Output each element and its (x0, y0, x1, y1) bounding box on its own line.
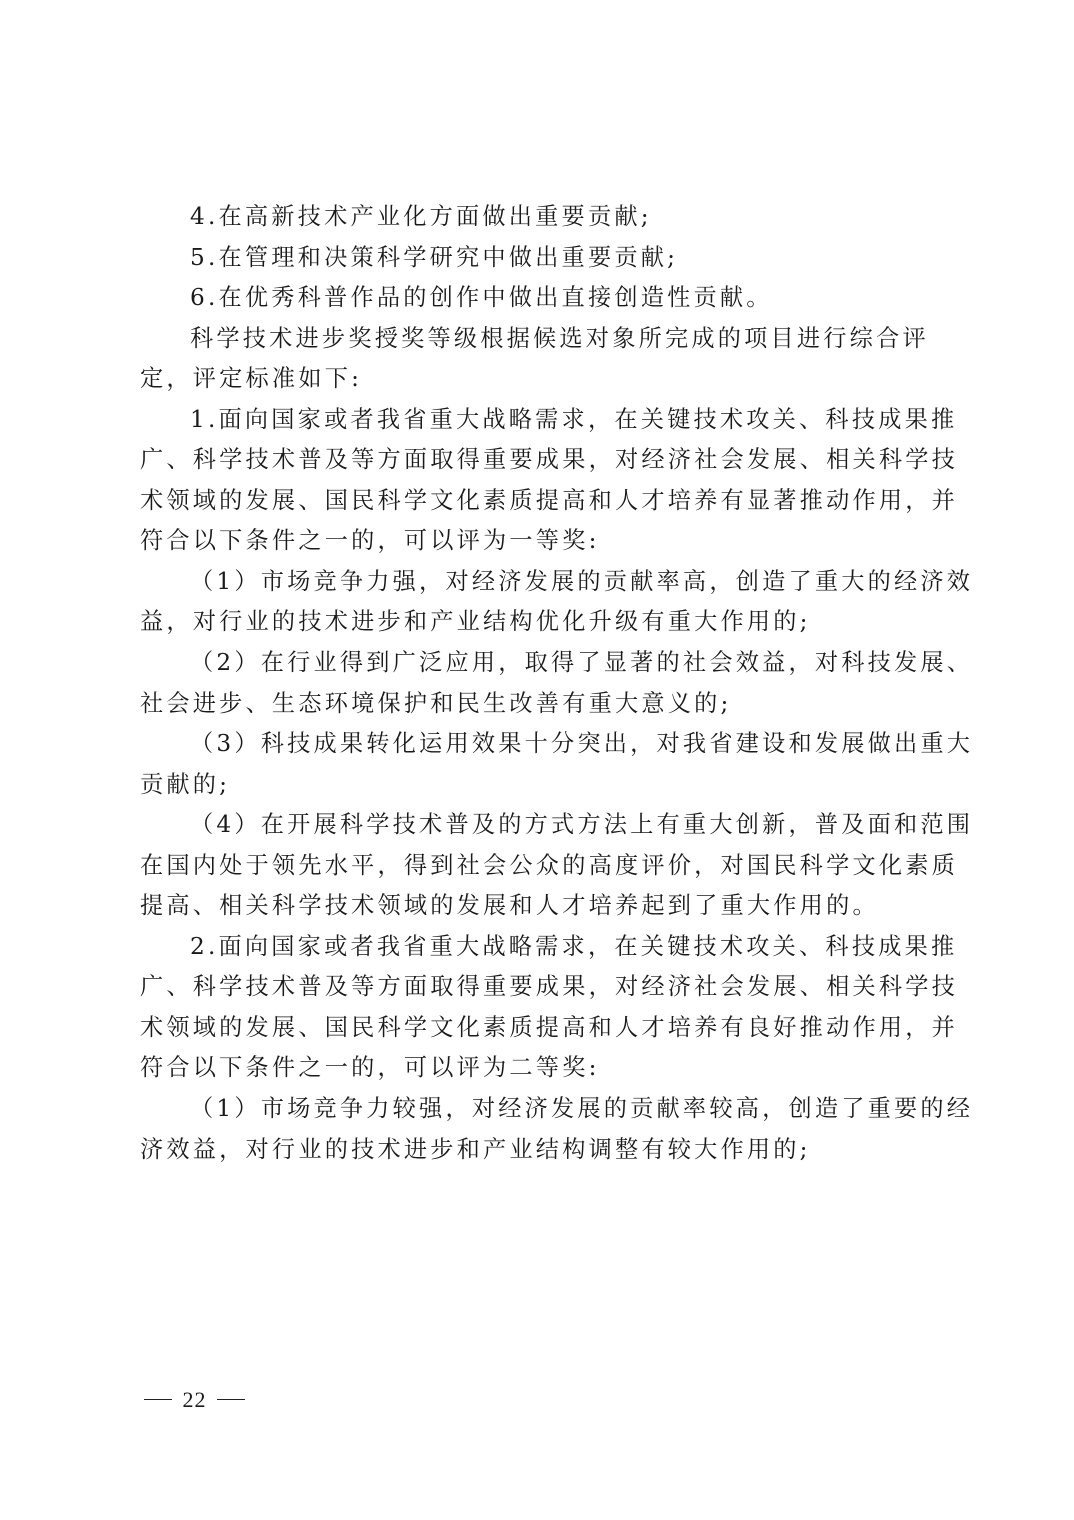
left-dash (144, 1399, 172, 1400)
text-line: 益，对行业的技术进步和产业结构优化升级有重大作用的; (140, 602, 926, 643)
text-line: 4.在高新技术产业化方面做出重要贡献; (140, 197, 926, 238)
paragraph-first-prize-cond-2: （2）在行业得到广泛应用，取得了显著的社会效益，对科技发展、社会进步、生态环境保… (140, 643, 926, 724)
text-line: （1）市场竞争力强，对经济发展的贡献率高，创造了重大的经济效 (140, 562, 926, 603)
text-line: 社会进步、生态环境保护和民生改善有重大意义的; (140, 684, 926, 725)
text-line: （3）科技成果转化运用效果十分突出，对我省建设和发展做出重大 (140, 724, 926, 765)
paragraph-item-4: 4.在高新技术产业化方面做出重要贡献; (140, 197, 926, 238)
paragraph-first-prize-cond-1: （1）市场竞争力强，对经济发展的贡献率高，创造了重大的经济效益，对行业的技术进步… (140, 562, 926, 643)
right-dash (217, 1399, 245, 1400)
paragraph-item-5: 5.在管理和决策科学研究中做出重要贡献; (140, 238, 926, 279)
page-number: 22 (183, 1387, 207, 1412)
paragraph-first-prize: 1.面向国家或者我省重大战略需求，在关键技术攻关、科技成果推广、科学技术普及等方… (140, 400, 926, 562)
text-line: 济效益，对行业的技术进步和产业结构调整有较大作用的; (140, 1130, 926, 1171)
text-line: 定，评定标准如下: (140, 359, 926, 400)
text-line: 符合以下条件之一的，可以评为二等奖: (140, 1048, 926, 1089)
text-line: 广、科学技术普及等方面取得重要成果，对经济社会发展、相关科学技 (140, 440, 926, 481)
paragraph-grading-intro: 科学技术进步奖授奖等级根据候选对象所完成的项目进行综合评定，评定标准如下: (140, 319, 926, 400)
paragraph-second-prize-cond-1: （1）市场竞争力较强，对经济发展的贡献率较高，创造了重要的经济效益，对行业的技术… (140, 1089, 926, 1170)
text-line: 术领域的发展、国民科学文化素质提高和人才培养有显著推动作用，并 (140, 481, 926, 522)
text-line: （2）在行业得到广泛应用，取得了显著的社会效益，对科技发展、 (140, 643, 926, 684)
text-line: 提高、相关科学技术领域的发展和人才培养起到了重大作用的。 (140, 886, 926, 927)
text-line: 贡献的; (140, 765, 926, 806)
text-line: 术领域的发展、国民科学文化素质提高和人才培养有良好推动作用，并 (140, 1008, 926, 1049)
paragraph-second-prize: 2.面向国家或者我省重大战略需求，在关键技术攻关、科技成果推广、科学技术普及等方… (140, 927, 926, 1089)
text-line: 2.面向国家或者我省重大战略需求，在关键技术攻关、科技成果推 (140, 927, 926, 968)
text-line: 科学技术进步奖授奖等级根据候选对象所完成的项目进行综合评 (140, 319, 926, 360)
text-line: 符合以下条件之一的，可以评为一等奖: (140, 521, 926, 562)
text-line: 广、科学技术普及等方面取得重要成果，对经济社会发展、相关科学技 (140, 967, 926, 1008)
text-line: 在国内处于领先水平，得到社会公众的高度评价，对国民科学文化素质 (140, 846, 926, 887)
paragraph-first-prize-cond-4: （4）在开展科学技术普及的方式方法上有重大创新，普及面和范围在国内处于领先水平，… (140, 805, 926, 927)
page-footer: 22 (140, 1387, 249, 1413)
paragraph-first-prize-cond-3: （3）科技成果转化运用效果十分突出，对我省建设和发展做出重大贡献的; (140, 724, 926, 805)
paragraph-item-6: 6.在优秀科普作品的创作中做出直接创造性贡献。 (140, 278, 926, 319)
text-line: （1）市场竞争力较强，对经济发展的贡献率较高，创造了重要的经 (140, 1089, 926, 1130)
document-body: 4.在高新技术产业化方面做出重要贡献;5.在管理和决策科学研究中做出重要贡献;6… (140, 197, 926, 1170)
document-page: 4.在高新技术产业化方面做出重要贡献;5.在管理和决策科学研究中做出重要贡献;6… (0, 0, 1074, 1520)
text-line: 5.在管理和决策科学研究中做出重要贡献; (140, 238, 926, 279)
text-line: （4）在开展科学技术普及的方式方法上有重大创新，普及面和范围 (140, 805, 926, 846)
text-line: 1.面向国家或者我省重大战略需求，在关键技术攻关、科技成果推 (140, 400, 926, 441)
text-line: 6.在优秀科普作品的创作中做出直接创造性贡献。 (140, 278, 926, 319)
